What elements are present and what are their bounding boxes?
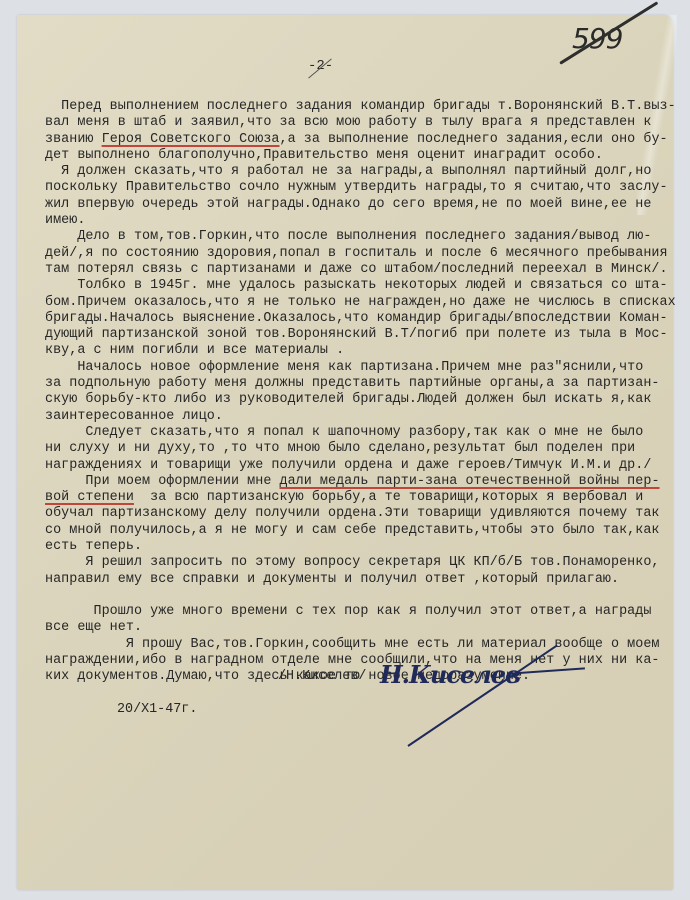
text-line: Перед выполнением последнего задания ком… xyxy=(45,99,675,115)
text-line: Я решил запросить по этому вопросу секре… xyxy=(45,555,675,571)
text-line: бригады.Началось выяснение.Оказалось,что… xyxy=(45,311,675,327)
paragraph-1: Перед выполнением последнего задания ком… xyxy=(45,99,675,164)
paragraph-3: Дело в том,тов.Горкин,что после выполнен… xyxy=(45,229,675,278)
text-line: за подпольную работу меня должны предста… xyxy=(45,376,675,392)
text-line: скую борьбу-кто либо из руководителей бр… xyxy=(45,392,675,408)
text-line: званию Героя Советского Союза,а за выпол… xyxy=(45,132,675,148)
text-line: При моем оформлении мне дали медаль парт… xyxy=(45,474,675,490)
paragraph-8: Я решил запросить по этому вопросу секре… xyxy=(45,555,675,588)
text-line: Дело в том,тов.Горкин,что после выполнен… xyxy=(45,229,675,245)
text-line: Началось новое оформление меня как парти… xyxy=(45,360,675,376)
text-line: дующий партизанской зоной тов.Воронянски… xyxy=(45,327,675,343)
text-line: поскольку Правительство сочло нужным утв… xyxy=(45,180,675,196)
text-line: бом.Причем оказалось,что я не только не … xyxy=(45,295,675,311)
paragraph-2: Я должен сказать,что я работал не за наг… xyxy=(45,164,675,229)
text-fragment: за всю партизанскую борьбу,а те товарищи… xyxy=(134,490,643,505)
text-fragment: При моем оформлении мне xyxy=(45,474,280,489)
paragraph-5: Началось новое оформление меня как парти… xyxy=(45,360,675,425)
red-underlined-hero-title: Героя Советского Союза xyxy=(102,132,280,147)
text-line: там потерял связь с партизанами и даже с… xyxy=(45,262,675,278)
paragraph-9: Прошло уже много времени с тех пор как я… xyxy=(45,604,675,637)
text-line: со мной получилось,а я не могу и сам себ… xyxy=(45,523,675,539)
text-line: обучал партизанскому делу получили орден… xyxy=(45,506,675,522)
text-line: все еще нет. xyxy=(45,620,675,636)
red-underlined-degree: вой степени xyxy=(45,490,134,505)
text-line: ни слуху и ни духу,то ,то что мною было … xyxy=(45,441,675,457)
paragraph-4: Толбко в 1945г. мне удалось разыскать не… xyxy=(45,278,675,359)
text-line: заинтересованное лицо. xyxy=(45,409,675,425)
text-line: кву,а с ним погибли и все материалы . xyxy=(45,343,675,359)
letter-body: Перед выполнением последнего задания ком… xyxy=(45,99,675,685)
text-line: имею. xyxy=(45,213,675,229)
text-line: награждениях и товарищи уже получили орд… xyxy=(45,458,675,474)
text-line: жил впервую очередь этой награды.Однако … xyxy=(45,197,675,213)
red-underlined-medal: дали медаль парти-зана отечественной вой… xyxy=(280,474,660,489)
text-fragment: ,а за выполнение последнего задания,если… xyxy=(280,132,668,147)
text-line: направил ему все справки и документы и п… xyxy=(45,572,675,588)
text-line: Прошло уже много времени с тех пор как я… xyxy=(45,604,675,620)
paragraph-7: При моем оформлении мне дали медаль парт… xyxy=(45,474,675,555)
text-line: Толбко в 1945г. мне удалось разыскать не… xyxy=(45,278,675,294)
text-line: вал меня в штаб и заявил,что за всю мою … xyxy=(45,115,675,131)
text-line: Я прошу Вас,тов.Горкин,сообщить мне есть… xyxy=(45,637,675,653)
text-line: есть теперь. xyxy=(45,539,675,555)
text-fragment: званию xyxy=(45,132,102,147)
typed-signature: /Н.Киселев/ xyxy=(278,669,366,684)
text-line: дей/,я по состоянию здоровия,попал в гос… xyxy=(45,246,675,262)
paragraph-6: Следует сказать,что я попал к шапочному … xyxy=(45,425,675,474)
text-line: дет выполнено благополучно,Правительство… xyxy=(45,148,675,164)
text-line: Следует сказать,что я попал к шапочному … xyxy=(45,425,675,441)
text-line: Я должен сказать,что я работал не за наг… xyxy=(45,164,675,180)
text-line: вой степени за всю партизанскую борьбу,а… xyxy=(45,490,675,506)
paragraph-gap xyxy=(45,588,675,604)
letter-date: 20/Х1-47г. xyxy=(117,702,197,717)
